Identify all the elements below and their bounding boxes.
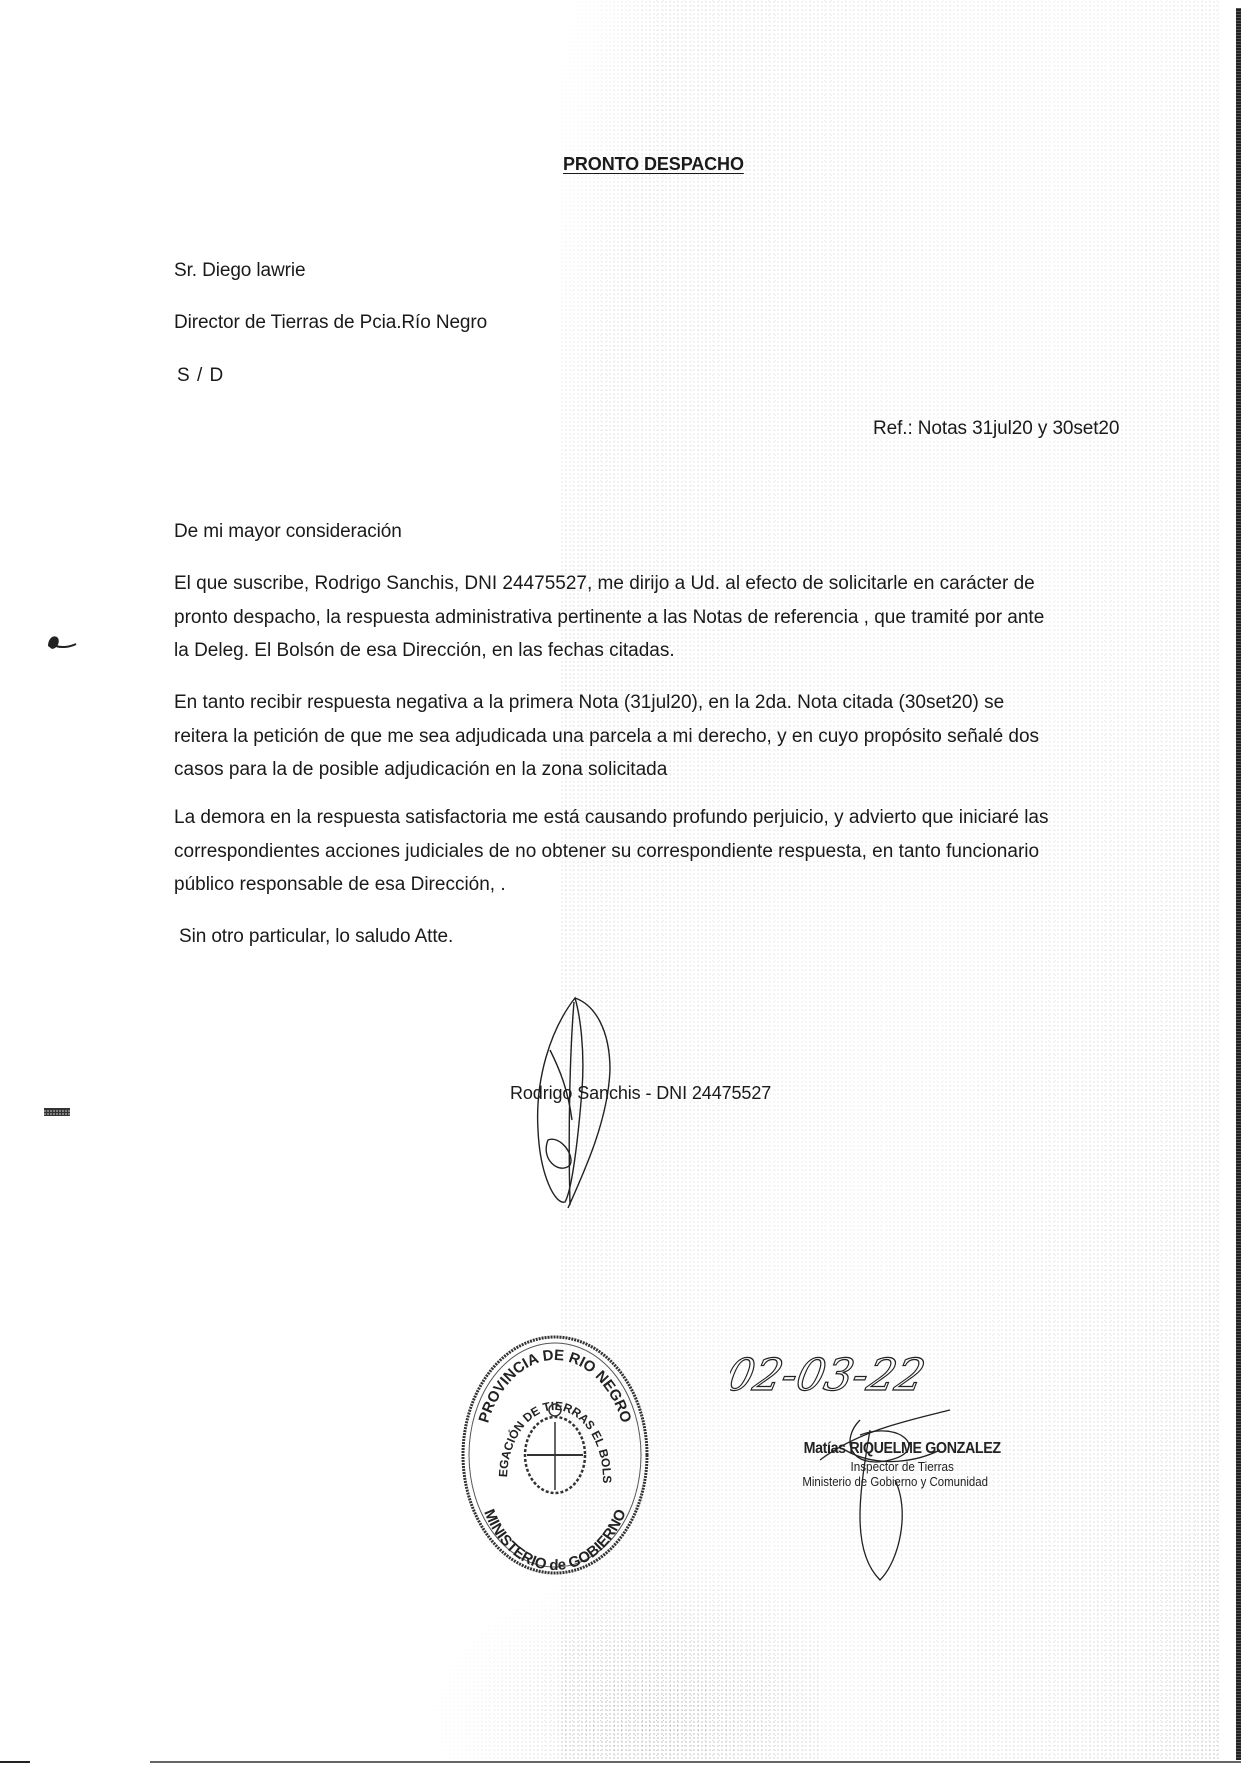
paragraph-line: reitera la petición de que me sea adjudi…	[174, 720, 1039, 754]
page-right-edge	[1236, 8, 1241, 1760]
paragraph-line: público responsable de esa Dirección, .	[174, 868, 1049, 902]
seal-outer-bottom: MINISTERIO de GOBIERNO	[480, 1507, 630, 1575]
scanned-letter-page: PRONTO DESPACHO Sr. Diego lawrie Directo…	[0, 0, 1241, 1776]
recipient-sd: S / D	[177, 359, 224, 392]
greeting: De mi mayor consideración	[174, 515, 402, 548]
paragraph-line: la Deleg. El Bolsón de esa Dirección, en…	[174, 634, 1044, 668]
recipient-position: Director de Tierras de Pcia.Río Negro	[174, 306, 487, 339]
inspector-signature-icon	[800, 1390, 980, 1590]
hole-punch-mark-icon	[42, 1105, 74, 1119]
paragraph-1: El que suscribe, Rodrigo Sanchis, DNI 24…	[174, 567, 1044, 668]
official-seal-icon: PROVINCIA DE RIO NEGRO MINISTERIO de GOB…	[455, 1330, 655, 1580]
inspector-stamp: Matías RIQUELME GONZALEZ Inspector de Ti…	[795, 1440, 1009, 1489]
recipient-name: Sr. Diego lawrie	[174, 254, 305, 287]
paragraph-line: El que suscribe, Rodrigo Sanchis, DNI 24…	[174, 567, 1044, 601]
paragraph-line: La demora en la respuesta satisfactoria …	[174, 801, 1049, 835]
paragraph-line: casos para la de posible adjudicación en…	[174, 753, 1039, 787]
closing-line: Sin otro particular, lo saludo Atte.	[179, 920, 453, 953]
seal-outer-top: PROVINCIA DE RIO NEGRO	[475, 1347, 634, 1425]
paragraph-line: pronto despacho, la respuesta administra…	[174, 601, 1044, 635]
inspector-title: Inspector de Tierras	[806, 1459, 999, 1474]
paragraph-line: En tanto recibir respuesta negativa a la…	[174, 686, 1039, 720]
paragraph-line: correspondientes acciones judiciales de …	[174, 835, 1049, 869]
hole-punch-mark-icon	[44, 632, 80, 654]
paragraph-3: La demora en la respuesta satisfactoria …	[174, 801, 1049, 902]
scan-noise-bottom	[420, 1560, 820, 1760]
paragraph-2: En tanto recibir respuesta negativa a la…	[174, 686, 1039, 787]
inspector-name: Matías RIQUELME GONZALEZ	[804, 1440, 1001, 1458]
reference-line: Ref.: Notas 31jul20 y 30set20	[873, 412, 1119, 445]
document-title: PRONTO DESPACHO	[563, 148, 744, 181]
page-bottom-edge	[0, 1761, 1241, 1763]
signatory-name: Rodrigo Sanchis - DNI 24475527	[510, 1077, 771, 1110]
inspector-ministry: Ministerio de Gobierno y Comunidad	[795, 1474, 996, 1489]
